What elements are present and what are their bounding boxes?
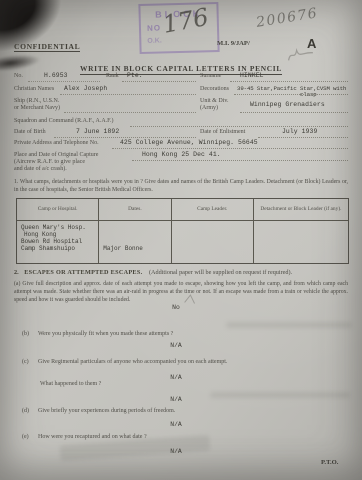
christian-names-value: Alex Joseph: [64, 85, 107, 92]
answer-2c: N/A: [0, 374, 352, 381]
col-header-camp-or-hospital: Camp or Hospital.: [17, 199, 98, 221]
question-2a-text: Give full description and approx. date o…: [14, 281, 348, 303]
unit-label-line2: (Army): [200, 105, 218, 112]
decorations-value: 39-45 Star,Pacific Star,CVSM with: [237, 86, 346, 92]
date-of-birth-label: Date of Birth: [14, 129, 46, 136]
camp-line: Bowen Rd Hospital: [21, 238, 94, 245]
squadron-label: Squadron and Command (R.A.F., A.A.F.): [14, 118, 114, 125]
dotted-line: [258, 136, 348, 138]
question-2b-text: Were you physically fit when you made th…: [38, 331, 173, 338]
stamp-handwritten-number: 176: [161, 3, 211, 39]
no-value: H.6953: [44, 72, 68, 79]
camp-leader-cell: [172, 221, 253, 263]
camp-line: Camp Shamshuipo: [21, 245, 94, 252]
date-of-enlistment-value: July 1939: [282, 128, 317, 135]
answer-2a: No: [0, 304, 352, 311]
dotted-line: [240, 111, 348, 113]
question-2a: (a) Give full description and approx. da…: [14, 280, 348, 304]
dotted-line: [112, 147, 348, 149]
date-of-enlistment-label: Date of Enlistment: [200, 129, 245, 136]
question-2c-label: (c): [22, 359, 29, 366]
pencil-caret-mark: [183, 293, 198, 304]
surname-value: HINKEL: [240, 72, 264, 79]
dotted-line: [122, 80, 196, 82]
address-label: Private Address and Telephone No.: [14, 140, 99, 147]
pto-label: P.T.O.: [321, 459, 338, 466]
ship-label-line1: Ship (R.N., U.S.N.: [14, 98, 59, 105]
answer-2b: N/A: [0, 342, 352, 349]
dotted-line: [230, 80, 348, 82]
form-reference: M.I. 9/JAP/: [217, 40, 250, 47]
camp-hospital-cell: Queen Mary's Hosp. Hong Kong Bowen Rd Ho…: [17, 221, 98, 263]
question-2b-label: (b): [22, 331, 29, 338]
camps-table: Camp or Hospital. Queen Mary's Hosp. Hon…: [16, 198, 349, 264]
camp-line: Queen Mary's Hosp.: [21, 224, 94, 231]
section-2-heading-row: 2. ESCAPES OR ATTEMPTED ESCAPES. (Additi…: [14, 269, 292, 276]
dotted-line: [60, 93, 196, 95]
stamp-ok-word: O.K.: [147, 37, 162, 44]
col-header-block-leader: Detachment or Block Leader (if any).: [254, 199, 348, 221]
dotted-line: [132, 159, 348, 161]
dotted-line: [234, 93, 348, 95]
question-2c2-text: What happened to them ?: [40, 381, 101, 388]
block-number-stamp: BLOCK NO O.K. 176: [138, 2, 219, 54]
unit-value: Winnipeg Grenadiers: [250, 101, 325, 108]
question-2d-text: Give briefly your experiences during per…: [38, 408, 175, 415]
question-1-text: 1. What camps, detachments or hospitals …: [14, 178, 348, 194]
section-2-number: 2.: [14, 269, 19, 276]
question-2e-text: How were you recaptured and on what date…: [38, 434, 147, 441]
section-2-note: (Additional paper will be supplied on re…: [149, 269, 292, 276]
confidential-marking: CONFIDENTIAL: [14, 36, 80, 54]
col-header-camp-leader: Camp Leader.: [172, 199, 253, 221]
date-of-birth-value: 7 June 1892: [76, 128, 119, 135]
capture-label-line2: (Aircrew R.A.F. to give place: [14, 159, 85, 166]
address-value: 425 College Avenue, Winnipeg. 56645: [120, 139, 258, 146]
col-header-dates: Dates.: [99, 199, 170, 221]
capture-label-line1: Place and Date of Original Capture: [14, 152, 98, 159]
camps-table-col-block-leader: Detachment or Block Leader (if any).: [254, 199, 348, 263]
unit-label-line1: Unit & Div.: [200, 98, 228, 105]
christian-names-label: Christian Names: [14, 86, 54, 93]
dotted-line: [54, 136, 196, 138]
ink-bleedthrough-smudge: [226, 322, 352, 328]
section-2-heading: ESCAPES OR ATTEMPTED ESCAPES.: [24, 269, 142, 276]
capture-value: Hong Kong 25 Dec 41.: [142, 151, 221, 158]
dotted-line: [28, 80, 100, 82]
camp-line: Hong Kong: [21, 231, 94, 238]
no-label: No.: [14, 73, 23, 80]
rank-value: Pte.: [127, 72, 143, 79]
scanned-pow-form-page: CONFIDENTIAL BLOCK NO O.K. 176 200676 M.…: [0, 0, 362, 480]
surname-label: Surname: [200, 73, 221, 80]
dotted-line: [64, 111, 196, 113]
question-2e-label: (e): [22, 434, 29, 441]
answer-2d: N/A: [0, 421, 352, 428]
answer-2e: N/A: [0, 448, 352, 455]
answer-2c2: N/A: [0, 396, 352, 403]
ship-label-line2: or Merchant Navy): [14, 105, 60, 112]
confidential-label: CONFIDENTIAL: [14, 42, 80, 52]
decorations-label: Decorations: [200, 86, 229, 93]
block-leader-cell: [254, 221, 348, 263]
dotted-line: [130, 125, 348, 127]
capture-label-line3: and date of a/c crash).: [14, 166, 67, 173]
rank-label: Rank: [106, 73, 119, 80]
question-2c-text: Give Regimental particulars of anyone wh…: [38, 359, 227, 366]
dates-cell: Major Bonne: [99, 221, 170, 263]
camps-table-col-dates: Dates. Major Bonne: [99, 199, 171, 263]
stamp-no-word: NO: [147, 23, 161, 32]
question-2d-label: (d): [22, 408, 29, 415]
question-2a-label: (a): [14, 281, 20, 287]
pencil-serial-number: 200676: [255, 5, 319, 31]
camps-table-col-camp-leader: Camp Leader.: [172, 199, 254, 263]
camps-table-col-hospital: Camp or Hospital. Queen Mary's Hosp. Hon…: [17, 199, 99, 263]
